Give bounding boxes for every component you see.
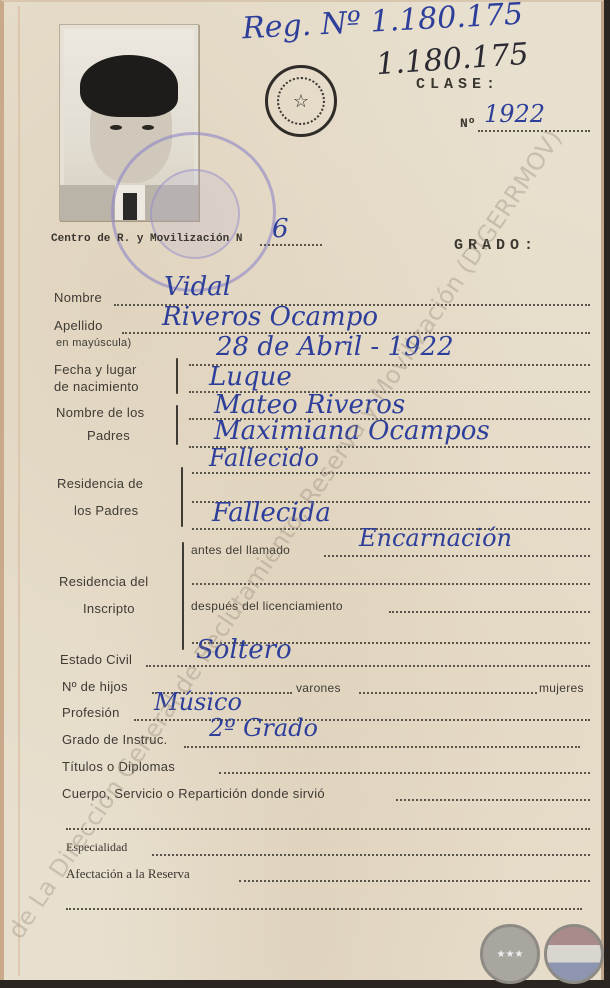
hijos-label: Nº de hijos [62,679,128,694]
numero-label: Nº [460,116,476,131]
despues-licenciamiento-label: después del licenciamiento [191,599,343,613]
residencia-inscripto-label-2: Inscripto [83,601,135,616]
seal-stars-text: ★★★ [497,949,524,960]
varones-label: varones [296,681,341,695]
residencia-padres-label-1: Residencia de [57,476,143,491]
residencia-padres-label-2: los Padres [74,503,138,518]
republic-seal-icon: ☆ [265,65,337,137]
grado-instruccion-value: 2º Grado [209,714,318,742]
lugar-nacimiento-value: Luque [209,362,292,392]
archive-seal-stars-icon: ★★★ [480,924,540,984]
antes-llamado-value: Encarnación [359,524,512,552]
estado-civil-label: Estado Civil [60,652,132,667]
document-page: ☆ Reg. Nº 1.180.175 1.180.175 CLASE: Nº … [0,0,604,980]
centro-label: Centro de R. y Movilización N [51,233,242,245]
nombre-value: Vidal [164,272,231,302]
nombre-label: Nombre [54,290,102,305]
clase-value: 1922 [484,100,545,128]
recruitment-stamp-icon [111,132,276,292]
padres-label-2: Padres [87,428,130,443]
clase-label: CLASE: [416,76,500,93]
centro-value: 6 [272,214,289,244]
profesion-label: Profesión [62,705,120,720]
nacimiento-label-2: de nacimiento [54,379,139,394]
residencia-inscripto-label-1: Residencia del [59,574,148,589]
apellido-sublabel: en mayúscula) [56,337,131,349]
afectacion-label: Afectación a la Reserva [66,866,190,882]
archive-seal-flag-icon [544,924,604,984]
page-edge-line [18,6,20,976]
apellido-label: Apellido [54,318,103,333]
residencia-padre-value: Fallecido [209,444,319,472]
apellido-value: Riveros Ocampo [162,302,378,332]
nacimiento-label-1: Fecha y lugar [54,362,137,377]
padres-label-1: Nombre de los [56,405,144,420]
mujeres-label: mujeres [539,681,584,695]
